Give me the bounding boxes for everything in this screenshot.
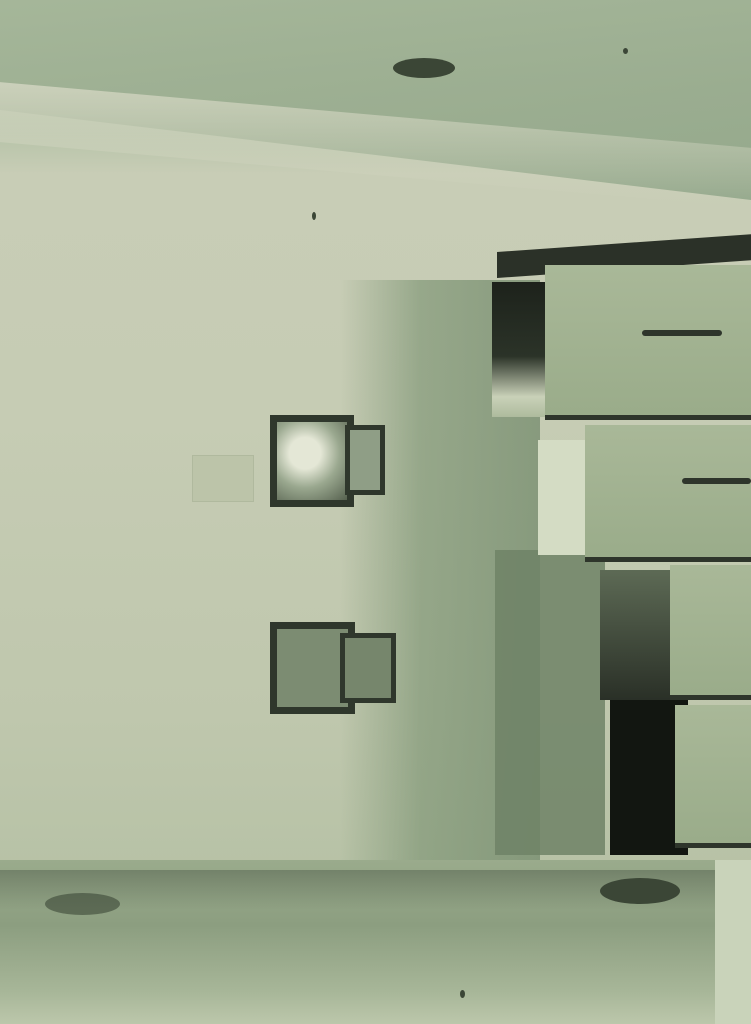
wooden-box-1 — [545, 265, 751, 420]
wall-patch — [192, 455, 254, 502]
box-handle — [682, 478, 751, 484]
wall-dark-area — [495, 550, 605, 855]
box-end — [492, 282, 552, 417]
wooden-box-2 — [585, 425, 751, 562]
dark-spot — [600, 878, 680, 904]
ground-light-edge — [715, 860, 751, 1024]
box-handle — [642, 330, 722, 336]
dark-spot — [45, 893, 120, 915]
window-lower-shutter — [340, 633, 396, 703]
box-end-light — [538, 440, 590, 555]
window-upper-shutter — [345, 425, 385, 495]
photograph — [0, 0, 751, 1024]
window-upper — [270, 415, 354, 507]
dust-speck — [460, 990, 465, 998]
dust-speck — [623, 48, 628, 54]
dust-speck — [312, 212, 316, 220]
wooden-box-4 — [675, 705, 751, 848]
wooden-box-3 — [670, 565, 751, 700]
dark-spot — [393, 58, 455, 78]
